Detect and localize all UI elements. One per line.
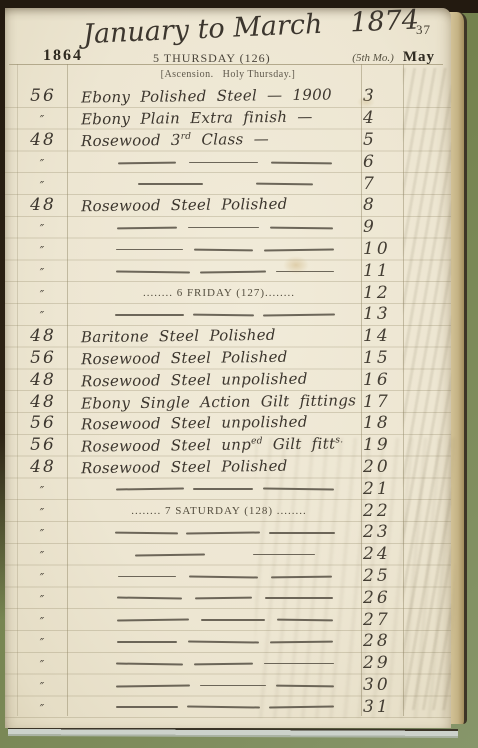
quantity-cell: ″ [5,155,67,170]
quantity-cell: 56 [5,88,67,105]
day-number: 18 [363,415,405,432]
handwritten-title-year: 1874 [350,7,420,37]
entry-cell: Rosewood Steel unpolished [67,373,363,388]
day-number: 11 [363,263,405,280]
ledger-row: 48Baritone Steel Polished14 [5,326,451,348]
entry-cell: Ebony Single Action Gilt fittings [67,395,363,410]
page-number: 37 [416,22,431,38]
ledger-row: ″13 [5,304,451,326]
ledger-row: ″9 [5,217,451,239]
ditto-dash [271,161,332,163]
ditto-dash [264,248,334,250]
quantity-cell: 48 [5,372,67,389]
day-number: 14 [363,328,405,345]
ditto-dash [189,162,258,164]
quantity-cell: ″ [5,613,67,628]
quantity-cell: 48 [5,394,67,411]
ditto-dash [194,248,253,250]
month-prefix: (5th Mo.) [352,52,394,64]
day-number: 4 [363,110,405,127]
ledger-row: ″Ebony Plain Extra finish —4 [5,108,451,130]
printed-year: 1864 [43,47,83,65]
ditto-dash [135,553,205,555]
entry-cell [67,314,363,316]
month-name: May [403,49,435,65]
quantity-cell: ″ [5,547,67,562]
day-number: 5 [363,132,405,149]
day-number: 8 [363,197,405,214]
ledger-row: 56Rosewood Steel Polished15 [5,348,451,370]
quantity-cell: ″ [5,286,67,301]
ledger-row: ″10 [5,239,451,261]
entry-cell: Ebony Plain Extra finish — [67,111,363,126]
quantity-cell: 56 [5,437,67,454]
entry-cell: Ebony Polished Steel — 1900 [67,89,363,104]
page-stain [357,96,375,108]
quantity-cell: 48 [5,197,67,214]
page-stain [283,256,309,274]
ditto-dash [138,183,203,185]
day-number: 15 [363,350,405,367]
quantity-cell: 56 [5,350,67,367]
ditto-dash [117,227,177,229]
handwritten-entry: Rosewood 3rd Class — [81,132,269,149]
ditto-dash [194,662,253,664]
quantity-cell: ″ [5,482,67,497]
handwritten-entry: Ebony Single Action Gilt fittings [81,393,356,411]
ledger-row: 56Ebony Polished Steel — 19003 [5,86,451,108]
handwritten-entry: Rosewood Steel unpolished [81,415,308,433]
ditto-dash [116,684,190,687]
ditto-dash [186,532,260,535]
ditto-dash [200,270,266,272]
quantity-cell: ″ [5,242,67,257]
day-number: 6 [363,154,405,171]
day-number: 10 [363,241,405,258]
ditto-dash [118,576,176,578]
handwritten-entry: Ebony Polished Steel — 1900 [81,88,332,106]
ledger-row: ″........ 6 FRIDAY (127)........12 [5,282,451,304]
ledger-row: 56Rosewood Steel unpolished18 [5,413,451,435]
ditto-dash [188,641,259,643]
entry-cell [67,183,363,185]
ditto-dash [117,641,177,643]
ditto-dash [255,183,312,185]
quantity-cell: 48 [5,328,67,345]
bleed-through-lower [255,438,455,718]
quantity-cell: 56 [5,415,67,432]
entry-cell: ........ 6 FRIDAY (127)........ [67,287,363,299]
header-rule [9,64,443,65]
ditto-dash [115,314,184,316]
ditto-dash [195,597,252,599]
entry-cell: Rosewood 3rd Class — [67,133,363,148]
quantity-cell: ″ [5,504,67,519]
quantity-cell: ″ [5,634,67,649]
page-stack-bottom-edge [8,727,458,738]
handwritten-entry: Rosewood Steel Polished [81,350,288,368]
ditto-dash [116,706,178,708]
quantity-cell: ″ [5,307,67,322]
ditto-dash [116,270,190,273]
ledger-row: 48Ebony Single Action Gilt fittings17 [5,391,451,413]
ditto-dash [188,227,259,229]
quantity-cell: ″ [5,678,67,693]
handwritten-title: January to March 1874 [83,7,414,48]
quantity-cell: ″ [5,525,67,540]
ledger-row: 48Rosewood Steel Polished8 [5,195,451,217]
ditto-dash [116,488,184,490]
handwritten-entry: Ebony Plain Extra finish — [81,110,313,128]
entry-cell: Rosewood Steel Polished [67,198,363,213]
ledger-row: ″6 [5,151,451,173]
ditto-dash [115,532,178,534]
quantity-cell: ″ [5,656,67,671]
day-number: 12 [363,285,405,302]
day-number: 16 [363,372,405,389]
quantity-cell: 48 [5,459,67,476]
quantity-cell: ″ [5,591,67,606]
quantity-cell: ″ [5,700,67,715]
ditto-dash [116,662,183,664]
ditto-dash [116,249,183,251]
ditto-dash [263,314,335,317]
day-number: 7 [363,176,405,193]
ledger-row: ″7 [5,173,451,195]
ditto-dash [118,161,176,163]
ledger-row: 48Rosewood Steel unpolished16 [5,369,451,391]
quantity-cell: ″ [5,111,67,126]
handwritten-entry: Rosewood Steel Polished [81,197,288,215]
entry-cell: Rosewood Steel unpolished [67,416,363,431]
ditto-dash [189,575,258,577]
day-number: 9 [363,219,405,236]
ditto-dash [270,226,333,228]
ledger-row: ″11 [5,260,451,282]
entry-cell: Baritone Steel Polished [67,329,363,344]
ditto-dash [193,488,253,490]
quantity-cell: ″ [5,177,67,192]
ditto-dash [117,619,189,622]
quantity-cell: ″ [5,220,67,235]
entry-cell [67,227,363,229]
day-number: 17 [363,394,405,411]
quantity-cell: 48 [5,132,67,149]
ledger-row: 48Rosewood 3rd Class —5 [5,130,451,152]
quantity-cell: ″ [5,569,67,584]
handwritten-entry: Baritone Steel Polished [81,328,276,345]
entry-cell: Rosewood Steel Polished [67,351,363,366]
ditto-dash [117,597,182,599]
quantity-cell: ″ [5,264,67,279]
entry-cell [67,271,363,273]
day-number: 13 [363,306,405,323]
feast-note: [Ascension. Holy Thursday.] [5,69,451,80]
handwritten-entry: Rosewood Steel unpolished [81,371,308,389]
diary-page: January to March 1874 37 1864 5 THURSDAY… [5,8,451,728]
printed-day-divider: ........ 6 FRIDAY (127)........ [81,287,357,299]
entry-cell [67,249,363,251]
ditto-dash [193,314,254,316]
ditto-dash [187,706,260,709]
entry-cell [67,162,363,164]
handwritten-title-text: January to March [83,11,323,48]
